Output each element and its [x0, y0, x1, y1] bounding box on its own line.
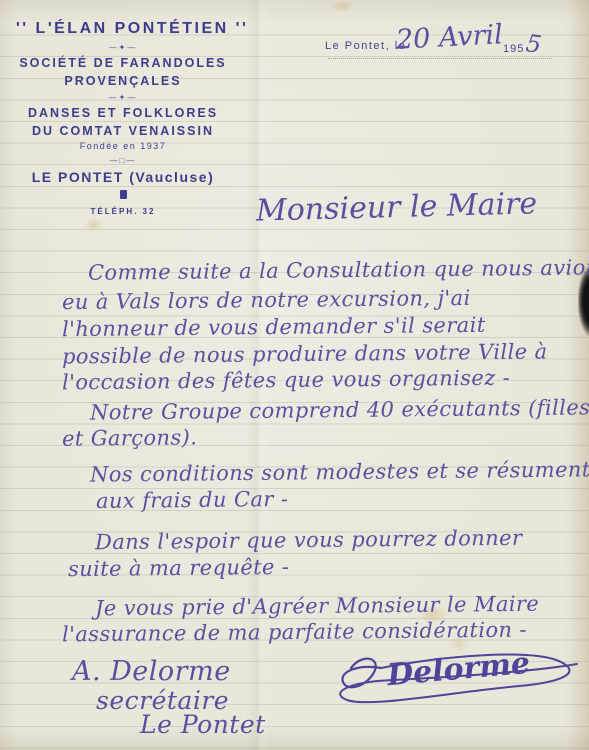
handwritten-line: l'honneur de vous demander s'il serait [62, 313, 486, 341]
date-underline [328, 58, 552, 59]
paper-stain [330, 0, 354, 12]
phone-line: TÉLÉPH. 32 [16, 207, 230, 216]
ornament-icon: —□— [16, 156, 230, 165]
handwritten-line: Notre Groupe comprend 40 exécutants (fil… [90, 395, 589, 424]
signer-place: Le Pontet [140, 710, 266, 739]
handwritten-line: Nos conditions sont modestes et se résum… [90, 457, 589, 486]
founded-line: Fondée en 1937 [16, 141, 230, 151]
handwritten-line: l'occasion des fêtes que vous organisez … [62, 366, 510, 395]
printed-year: 195 [503, 43, 524, 55]
signer-name: A. Delorme [72, 656, 231, 687]
letterhead: '' L'ÉLAN PONTÉTIEN '' —✦— SOCIÉTÉ DE FA… [16, 20, 230, 216]
dances-line-1: DANSES ET FOLKLORES [16, 106, 230, 120]
ornament-icon: —✦— [16, 43, 230, 52]
telephone-icon [120, 190, 127, 199]
handwritten-line: suite à ma requête - [68, 555, 290, 581]
letter-page: '' L'ÉLAN PONTÉTIEN '' —✦— SOCIÉTÉ DE FA… [0, 0, 589, 750]
handwritten-year-digit: 5 [524, 29, 543, 59]
handwritten-line: Comme suite a la Consultation que nous a… [88, 255, 589, 284]
handwritten-line: et Garçons). [62, 425, 198, 450]
dances-line-2: DU COMTAT VENAISSIN [16, 124, 230, 138]
location-line: LE PONTET (Vaucluse) [16, 169, 230, 185]
ornament-icon: —✦— [16, 93, 230, 102]
handwritten-line: Je vous prie d'Agréer Monsieur le Maire [95, 592, 539, 621]
society-line-2: PROVENÇALES [16, 74, 230, 88]
letterhead-title: '' L'ÉLAN PONTÉTIEN '' [16, 20, 230, 38]
handwritten-line: eu à Vals lors de notre excursion, j'ai [62, 286, 471, 314]
paper-stain [84, 218, 104, 232]
date-prefix: Le Pontet, le [325, 40, 406, 52]
autograph-signature: Delorme [333, 638, 585, 730]
salutation: Monsieur le Maire [256, 186, 538, 228]
handwritten-line: Dans l'espoir que vous pourrez donner [95, 526, 523, 554]
handwritten-line: possible de nous produire dans votre Vil… [62, 339, 548, 368]
society-line-1: SOCIÉTÉ DE FARANDOLES [16, 56, 230, 70]
handwritten-line: aux frais du Car - [96, 487, 289, 513]
handwritten-date: 20 Avril [395, 19, 503, 56]
